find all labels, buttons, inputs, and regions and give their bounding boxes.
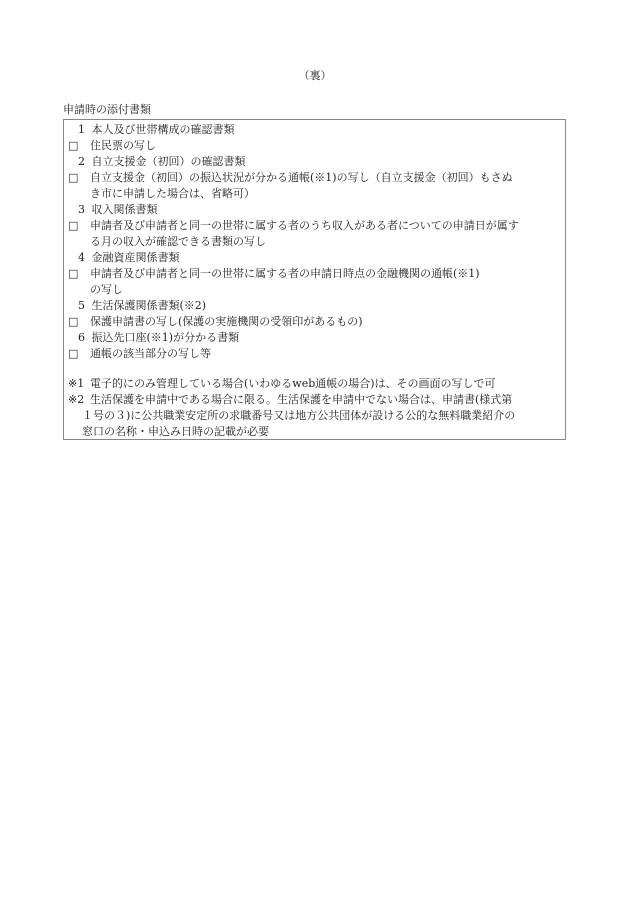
footnote-text-continued: 窓口の名称・申込み日時の記載が必要: [64, 424, 565, 439]
footnote-mark: ※1: [64, 376, 90, 391]
item-text: 申請者及び申請者と同一の世帯に属する者の申請日時点の金融機関の通帳(※1): [90, 266, 558, 281]
section-title: 申請時の添付書類: [63, 101, 151, 117]
item-text-continued: る月の収入が確認できる書類の写し: [64, 234, 565, 249]
document-item: □ 住民票の写し: [64, 138, 565, 153]
page-header: （裏）: [0, 67, 630, 83]
category-title: 金融資産関係書類: [92, 251, 180, 264]
document-item: □ 申請者及び申請者と同一の世帯に属する者のうち収入がある者についての申請日が属…: [64, 218, 565, 233]
document-item: □ 通帳の該当部分の写し等: [64, 346, 565, 361]
category-heading: 3 収入関係書類: [64, 202, 565, 217]
category-heading: 6 振込先口座(※1)が分かる書類: [64, 330, 565, 345]
category-number: 5: [78, 298, 88, 313]
item-text: 申請者及び申請者と同一の世帯に属する者のうち収入がある者についての申請日が属す: [90, 218, 558, 233]
document-item: □ 保護申請書の写し(保護の実施機関の受領印があるもの): [64, 314, 565, 329]
item-text: 住民票の写し: [90, 138, 558, 153]
category-number: 3: [78, 202, 88, 217]
item-text-continued: の写し: [64, 282, 565, 297]
footnote-text-continued: １号の３)に公共職業安定所の求職番号又は地方公共団体が設ける公的な無料職業紹介の: [64, 408, 565, 423]
category-number: 6: [78, 330, 88, 345]
category-number: 4: [78, 250, 88, 265]
checkbox[interactable]: □: [64, 218, 90, 233]
category-heading: 5 生活保護関係書類(※2): [64, 298, 565, 313]
footnote-2: ※2 生活保護を申請中である場合に限る。生活保護を申請中でない場合は、申請書(様…: [64, 392, 565, 407]
footnote-text: 電子的にのみ管理している場合(いわゆるweb通帳の場合)は、その画面の写しで可: [90, 376, 560, 391]
category-title: 本人及び世帯構成の確認書類: [92, 123, 235, 136]
attachments-box: 1 本人及び世帯構成の確認書類 □ 住民票の写し 2 自立支援金（初回）の確認書…: [63, 119, 566, 440]
category-title: 振込先口座(※1)が分かる書類: [92, 331, 240, 344]
item-text: 保護申請書の写し(保護の実施機関の受領印があるもの): [90, 314, 558, 329]
checkbox[interactable]: □: [64, 138, 90, 153]
item-text-continued: き市に申請した場合は、省略可）: [64, 186, 565, 201]
checkbox[interactable]: □: [64, 314, 90, 329]
footnote-text: 生活保護を申請中である場合に限る。生活保護を申請中でない場合は、申請書(様式第: [90, 392, 560, 407]
checkbox[interactable]: □: [64, 170, 90, 185]
category-title: 自立支援金（初回）の確認書類: [92, 155, 246, 168]
document-item: □ 自立支援金（初回）の振込状況が分かる通帳(※1)の写し（自立支援金（初回）も…: [64, 170, 565, 185]
category-number: 1: [78, 122, 88, 137]
category-heading: 4 金融資産関係書類: [64, 250, 565, 265]
category-title: 収入関係書類: [92, 203, 158, 216]
category-title: 生活保護関係書類(※2): [92, 299, 207, 312]
category-number: 2: [78, 154, 88, 169]
checkbox[interactable]: □: [64, 266, 90, 281]
item-text: 通帳の該当部分の写し等: [90, 346, 558, 361]
checkbox[interactable]: □: [64, 346, 90, 361]
document-item: □ 申請者及び申請者と同一の世帯に属する者の申請日時点の金融機関の通帳(※1): [64, 266, 565, 281]
item-text: 自立支援金（初回）の振込状況が分かる通帳(※1)の写し（自立支援金（初回）もさぬ: [90, 170, 558, 185]
footnote-1: ※1 電子的にのみ管理している場合(いわゆるweb通帳の場合)は、その画面の写し…: [64, 376, 565, 391]
category-heading: 2 自立支援金（初回）の確認書類: [64, 154, 565, 169]
category-heading: 1 本人及び世帯構成の確認書類: [64, 122, 565, 137]
footnote-mark: ※2: [64, 392, 90, 407]
